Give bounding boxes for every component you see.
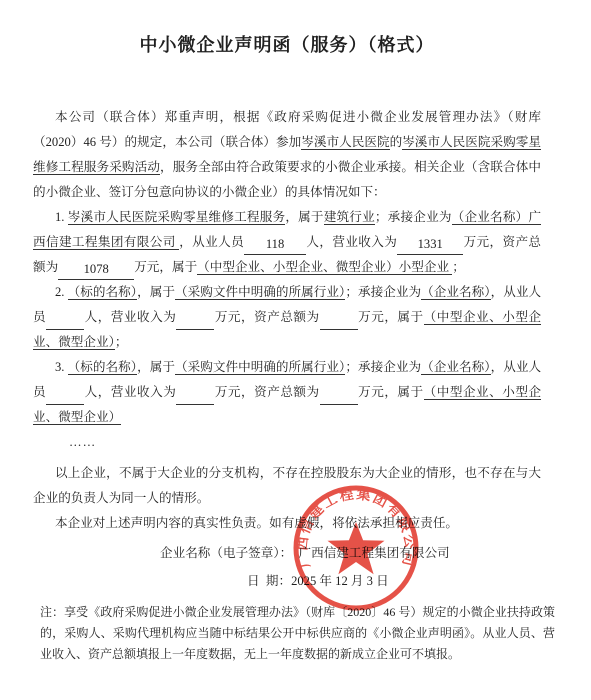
underlined-field: 118 xyxy=(244,234,306,255)
declaration-document-page: 中小微企业声明函（服务）（格式） 本公司（联合体）郑重声明，根据《政府采购促进小… xyxy=(0,0,591,700)
text-run: 本企业对上述声明内容的真实性负责。如有虚假，将依法承担相应责任。 xyxy=(55,516,458,530)
item-1-paragraph: 1. 岑溪市人民医院采购零星维修工程服务，属于建筑行业；承接企业为（企业名称）广… xyxy=(33,205,541,280)
underlined-field: 岑溪市人民医院 xyxy=(301,135,389,150)
underlined-field: 1078 xyxy=(58,259,134,280)
ellipsis-line: …… xyxy=(33,430,541,455)
date-line: 日 期：2025 年 12 月 3 日 xyxy=(33,569,541,594)
underlined-field: （企业名称） xyxy=(421,285,490,300)
text-run: ，属于 xyxy=(137,285,175,299)
text-run: 万元，属于 xyxy=(358,310,424,324)
text-run: ，从业人员 xyxy=(179,235,244,249)
text-run: 万元，资产总额为 xyxy=(214,310,319,324)
text-run: ，属于 xyxy=(285,210,323,224)
underlined-field: （企业名称） xyxy=(421,360,490,375)
text-run: 万元，资产总额为 xyxy=(214,385,319,399)
underlined-field: 岑溪市人民医院采购零星维修工程服务 xyxy=(68,210,286,225)
underlined-field: （采购文件中明确的所属行业） xyxy=(175,285,345,300)
declaration-paragraph: 以上企业，不属于大企业的分支机构，不存在控股股东为大企业的情形，也不存在与大企业… xyxy=(33,461,541,511)
text-run: 万元，属于 xyxy=(358,385,424,399)
footnote-paragraph: 注：享受《政府采购促进小微企业发展管理办法》（财库〔2020〕46 号）规定的小… xyxy=(40,602,555,665)
text-run: …… xyxy=(69,435,96,449)
item-2-paragraph: 2. （标的名称），属于（采购文件中明确的所属行业）；承接企业为（企业名称），从… xyxy=(33,280,541,355)
text-run: 以上企业，不属于大企业的分支机构，不存在控股股东为大企业的情形，也不存在与大企业… xyxy=(33,466,541,505)
company-signature-line: 企业名称（电子签章）： 广西信建工程集团有限公司 xyxy=(33,541,541,566)
text-run: ；承接企业为 xyxy=(375,210,452,224)
responsibility-paragraph: 本企业对上述声明内容的真实性负责。如有虚假，将依法承担相应责任。 xyxy=(33,511,541,536)
text-run: ；承接企业为 xyxy=(345,360,421,374)
underlined-field xyxy=(176,390,214,405)
underlined-field: 1331 xyxy=(397,234,463,255)
text-run: ；承接企业为 xyxy=(345,285,421,299)
text-run: 注：享受《政府采购促进小微企业发展管理办法》（财库〔2020〕46 号）规定的小… xyxy=(40,605,555,661)
intro-paragraph: 本公司（联合体）郑重声明，根据《政府采购促进小微企业发展管理办法》（财库（202… xyxy=(33,105,541,205)
text-run: ； xyxy=(452,260,465,274)
text-run: 2. xyxy=(55,285,68,299)
underlined-field: （采购文件中明确的所属行业） xyxy=(175,360,345,375)
underlined-field: 建筑行业 xyxy=(324,210,375,225)
text-run: 人，营业收入为 xyxy=(84,310,176,324)
underlined-field: （标的名称） xyxy=(68,285,137,300)
text-run: 万元，属于 xyxy=(134,260,197,274)
text-run: 1. xyxy=(55,210,68,224)
text-run: 人，营业收入为 xyxy=(84,385,176,399)
underlined-field xyxy=(46,390,84,405)
underlined-field: （标的名称） xyxy=(68,360,137,375)
text-run: 人，营业收入为 xyxy=(306,235,397,249)
underlined-field: （中型企业、小型企业、微型企业）小型企业 xyxy=(197,260,452,275)
text-run: ； xyxy=(115,335,128,349)
text-run: ，属于 xyxy=(137,360,175,374)
underlined-field xyxy=(320,390,358,405)
text-run: 的 xyxy=(390,135,403,149)
underlined-field xyxy=(176,315,214,330)
underlined-field xyxy=(320,315,358,330)
item-3-paragraph: 3. （标的名称），属于（采购文件中明确的所属行业）；承接企业为（企业名称），从… xyxy=(33,355,541,430)
underlined-field xyxy=(46,315,84,330)
document-title: 中小微企业声明函（服务）（格式） xyxy=(33,33,541,57)
document-content: 中小微企业声明函（服务）（格式） 本公司（联合体）郑重声明，根据《政府采购促进小… xyxy=(33,0,541,665)
text-run: 3. xyxy=(55,360,68,374)
